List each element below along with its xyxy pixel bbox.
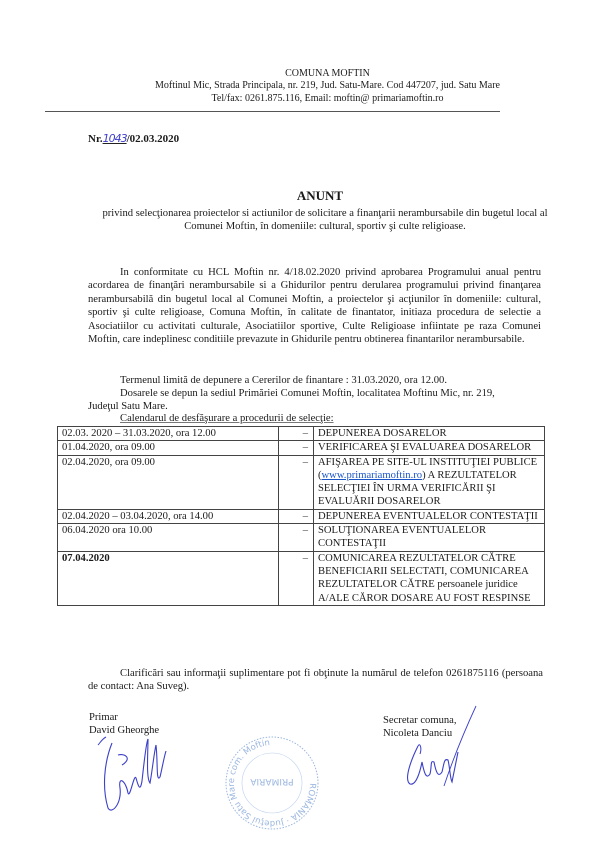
website-link[interactable]: www.primariamoftin.ro — [322, 470, 423, 481]
mayor-signature-icon — [92, 733, 177, 818]
document-subtitle: privind selecţionarea proiectelor si act… — [95, 207, 555, 234]
schedule-date: 07.04.2020 — [58, 551, 279, 605]
schedule-separator: – — [279, 427, 314, 441]
schedule-date: 02.03. 2020 – 31.03.2020, ora 12.00 — [58, 427, 279, 441]
table-row: 02.04.2020 – 03.04.2020, ora 14.00 – DEP… — [58, 509, 545, 523]
schedule-date: 02.04.2020 – 03.04.2020, ora 14.00 — [58, 509, 279, 523]
schedule-table: 02.03. 2020 – 31.03.2020, ora 12.00 – DE… — [57, 426, 545, 606]
schedule-separator: – — [279, 455, 314, 509]
table-row: 02.03. 2020 – 31.03.2020, ora 12.00 – DE… — [58, 427, 545, 441]
clarifications-paragraph: Clarificări sau informaţii suplimentare … — [88, 667, 543, 694]
official-stamp-icon: ROMANIA · Judeţul Satu Mare com. Moftin … — [222, 733, 322, 833]
registration-prefix: Nr. — [88, 133, 103, 145]
schedule-activity: DEPUNEREA DOSARELOR — [314, 427, 545, 441]
header-contact: Tel/fax: 0261.875.116, Email: moftin@ pr… — [0, 92, 595, 105]
schedule-date: 06.04.2020 ora 10.00 — [58, 524, 279, 552]
document-title: ANUNT — [0, 189, 595, 202]
deadline-text: Termenul limită de depunere a Cererilor … — [88, 374, 543, 387]
schedule-separator: – — [279, 551, 314, 605]
schedule-activity: AFIŞAREA PE SITE-UL INSTITUŢIEI PUBLICE … — [314, 455, 545, 509]
table-row: 07.04.2020 – COMUNICAREA REZULTATELOR CĂ… — [58, 551, 545, 605]
svg-text:PRIMARIA: PRIMARIA — [249, 776, 293, 786]
header-divider — [45, 111, 500, 112]
header-address: Moftinul Mic, Strada Principala, nr. 219… — [0, 79, 595, 92]
table-row: 02.04.2020, ora 09.00 – AFIŞAREA PE SITE… — [58, 455, 545, 509]
handwritten-number: 1043 — [103, 132, 127, 145]
calendar-intro: Calendarul de desfăşurare a procedurii d… — [88, 412, 543, 425]
registration-date: /02.03.2020 — [127, 133, 180, 145]
schedule-activity: SOLUŢIONAREA EVENTUALELOR CONTESTAŢII — [314, 524, 545, 552]
mayor-role: Primar — [89, 711, 118, 724]
secretary-signature-icon — [400, 702, 480, 792]
submission-place-line1: Dosarele se depun la sediul Primăriei Co… — [88, 387, 543, 400]
schedule-date: 02.04.2020, ora 09.00 — [58, 455, 279, 509]
registration-number: Nr.1043/02.03.2020 — [88, 132, 179, 146]
table-row: 01.04.2020, ora 09.00 – VERIFICAREA ŞI E… — [58, 441, 545, 455]
intro-paragraph-text: In conformitate cu HCL Moftin nr. 4/18.0… — [88, 267, 541, 345]
schedule-separator: – — [279, 509, 314, 523]
intro-paragraph: In conformitate cu HCL Moftin nr. 4/18.0… — [88, 266, 541, 346]
schedule-separator: – — [279, 441, 314, 455]
table-row: 06.04.2020 ora 10.00 – SOLUŢIONAREA EVEN… — [58, 524, 545, 552]
schedule-activity: DEPUNEREA EVENTUALELOR CONTESTAŢII — [314, 509, 545, 523]
schedule-activity: COMUNICAREA REZULTATELOR CĂTRE BENEFICIA… — [314, 551, 545, 605]
schedule-separator: – — [279, 524, 314, 552]
schedule-date: 01.04.2020, ora 09.00 — [58, 441, 279, 455]
schedule-activity: VERIFICAREA ŞI EVALUAREA DOSARELOR — [314, 441, 545, 455]
